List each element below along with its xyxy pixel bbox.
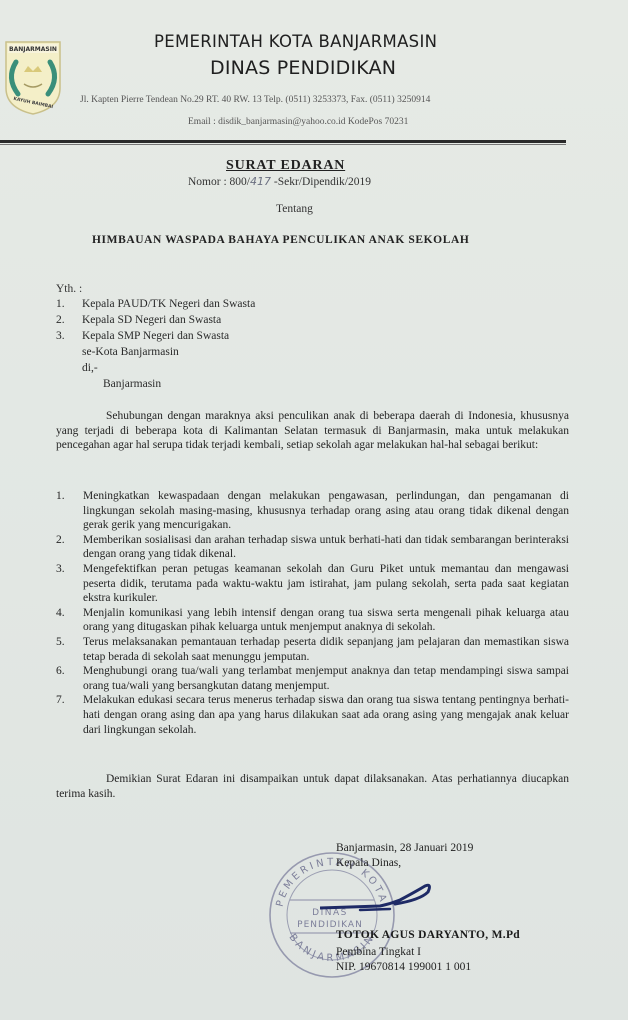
- letterhead-divider-thin: [0, 144, 566, 145]
- signer-name: TOTOK AGUS DARYANTO, M.Pd: [336, 929, 520, 941]
- instruction-text: Terus melaksanakan pemantauan terhadap p…: [83, 635, 569, 664]
- document-page: BANJARMASIN KAYUH BAIMBAI PEMERINTAH KOT…: [0, 0, 628, 1020]
- recipient-number: 3.: [56, 328, 82, 344]
- office-address: Jl. Kapten Pierre Tendean No.29 RT. 40 R…: [80, 95, 560, 105]
- recipient-location: Banjarmasin: [56, 376, 255, 392]
- recipient-di: di,-: [56, 360, 255, 376]
- recipient-list: 1.Kepala PAUD/TK Negeri dan Swasta 2.Kep…: [56, 296, 255, 392]
- number-suffix: -Sekr/Dipendik/2019: [271, 176, 371, 188]
- document-number: Nomor : 800/417 -Sekr/Dipendik/2019: [188, 175, 371, 188]
- recipient-scope: se-Kota Banjarmasin: [56, 344, 255, 360]
- handwritten-signature-icon: [320, 880, 470, 920]
- svg-text:BANJARMASIN: BANJARMASIN: [9, 46, 57, 53]
- tentang-label: Tentang: [276, 203, 313, 215]
- instruction-item: 4.Menjalin komunikasi yang lebih intensi…: [56, 606, 569, 635]
- instruction-text: Memberikan sosialisasi dan arahan terhad…: [83, 533, 569, 562]
- signer-nip: NIP. 19670814 199001 1 001: [336, 960, 471, 975]
- document-subject: HIMBAUAN WASPADA BAHAYA PENCULIKAN ANAK …: [92, 234, 469, 246]
- salutation: Yth. :: [56, 283, 82, 295]
- instruction-list: 1.Meningkatkan kewaspadaan dengan melaku…: [56, 489, 569, 737]
- instruction-number: 3.: [56, 562, 83, 606]
- instruction-item: 2.Memberikan sosialisasi dan arahan terh…: [56, 533, 569, 562]
- instruction-item: 1.Meningkatkan kewaspadaan dengan melaku…: [56, 489, 569, 533]
- recipient-item: 1.Kepala PAUD/TK Negeri dan Swasta: [56, 296, 255, 312]
- instruction-text: Meningkatkan kewaspadaan dengan melakuka…: [83, 489, 569, 533]
- instruction-text: Melakukan edukasi secara terus menerus t…: [83, 693, 569, 737]
- letterhead-divider: [0, 140, 566, 143]
- recipient-number: 2.: [56, 312, 82, 328]
- place-date: Banjarmasin, 28 Januari 2019: [336, 841, 473, 856]
- intro-paragraph: Sehubungan dengan maraknya aksi penculik…: [56, 409, 569, 453]
- banjarmasin-emblem-icon: BANJARMASIN KAYUH BAIMBAI: [2, 38, 64, 116]
- recipient-item: 2.Kepala SD Negeri dan Swasta: [56, 312, 255, 328]
- instruction-text: Mengefektifkan peran petugas keamanan se…: [83, 562, 569, 606]
- instruction-number: 2.: [56, 533, 83, 562]
- instruction-number: 6.: [56, 664, 83, 693]
- closing-paragraph: Demikian Surat Edaran ini disampaikan un…: [56, 772, 569, 801]
- signer-rank: Pembina Tingkat I: [336, 945, 471, 960]
- number-prefix: Nomor : 800/: [188, 176, 250, 188]
- recipient-number: 1.: [56, 296, 82, 312]
- instruction-number: 7.: [56, 693, 83, 737]
- instruction-item: 6.Menghubungi orang tua/wali yang terlam…: [56, 664, 569, 693]
- instruction-text: Menjalin komunikasi yang lebih intensif …: [83, 606, 569, 635]
- signer-details: Pembina Tingkat I NIP. 19670814 199001 1…: [336, 945, 471, 975]
- instruction-item: 3.Mengefektifkan peran petugas keamanan …: [56, 562, 569, 606]
- handwritten-number: 417: [250, 175, 271, 188]
- department-name: DINAS PENDIDIKAN: [210, 57, 510, 79]
- instruction-number: 1.: [56, 489, 83, 533]
- instruction-item: 5.Terus melaksanakan pemantauan terhadap…: [56, 635, 569, 664]
- instruction-number: 4.: [56, 606, 83, 635]
- instruction-number: 5.: [56, 635, 83, 664]
- recipient-text: Kepala PAUD/TK Negeri dan Swasta: [82, 296, 255, 312]
- org-name: PEMERINTAH KOTA BANJARMASIN: [154, 32, 574, 51]
- signer-position: Kepala Dinas,: [336, 856, 473, 871]
- signature-block: Banjarmasin, 28 Januari 2019 Kepala Dina…: [336, 841, 473, 871]
- recipient-item: 3.Kepala SMP Negeri dan Swasta: [56, 328, 255, 344]
- document-title: SURAT EDARAN: [226, 158, 345, 174]
- recipient-text: Kepala SMP Negeri dan Swasta: [82, 328, 229, 344]
- recipient-text: Kepala SD Negeri dan Swasta: [82, 312, 221, 328]
- instruction-text: Menghubungi orang tua/wali yang terlamba…: [83, 664, 569, 693]
- instruction-item: 7.Melakukan edukasi secara terus menerus…: [56, 693, 569, 737]
- office-email: Email : disdik_banjarmasin@yahoo.co.id K…: [188, 117, 488, 127]
